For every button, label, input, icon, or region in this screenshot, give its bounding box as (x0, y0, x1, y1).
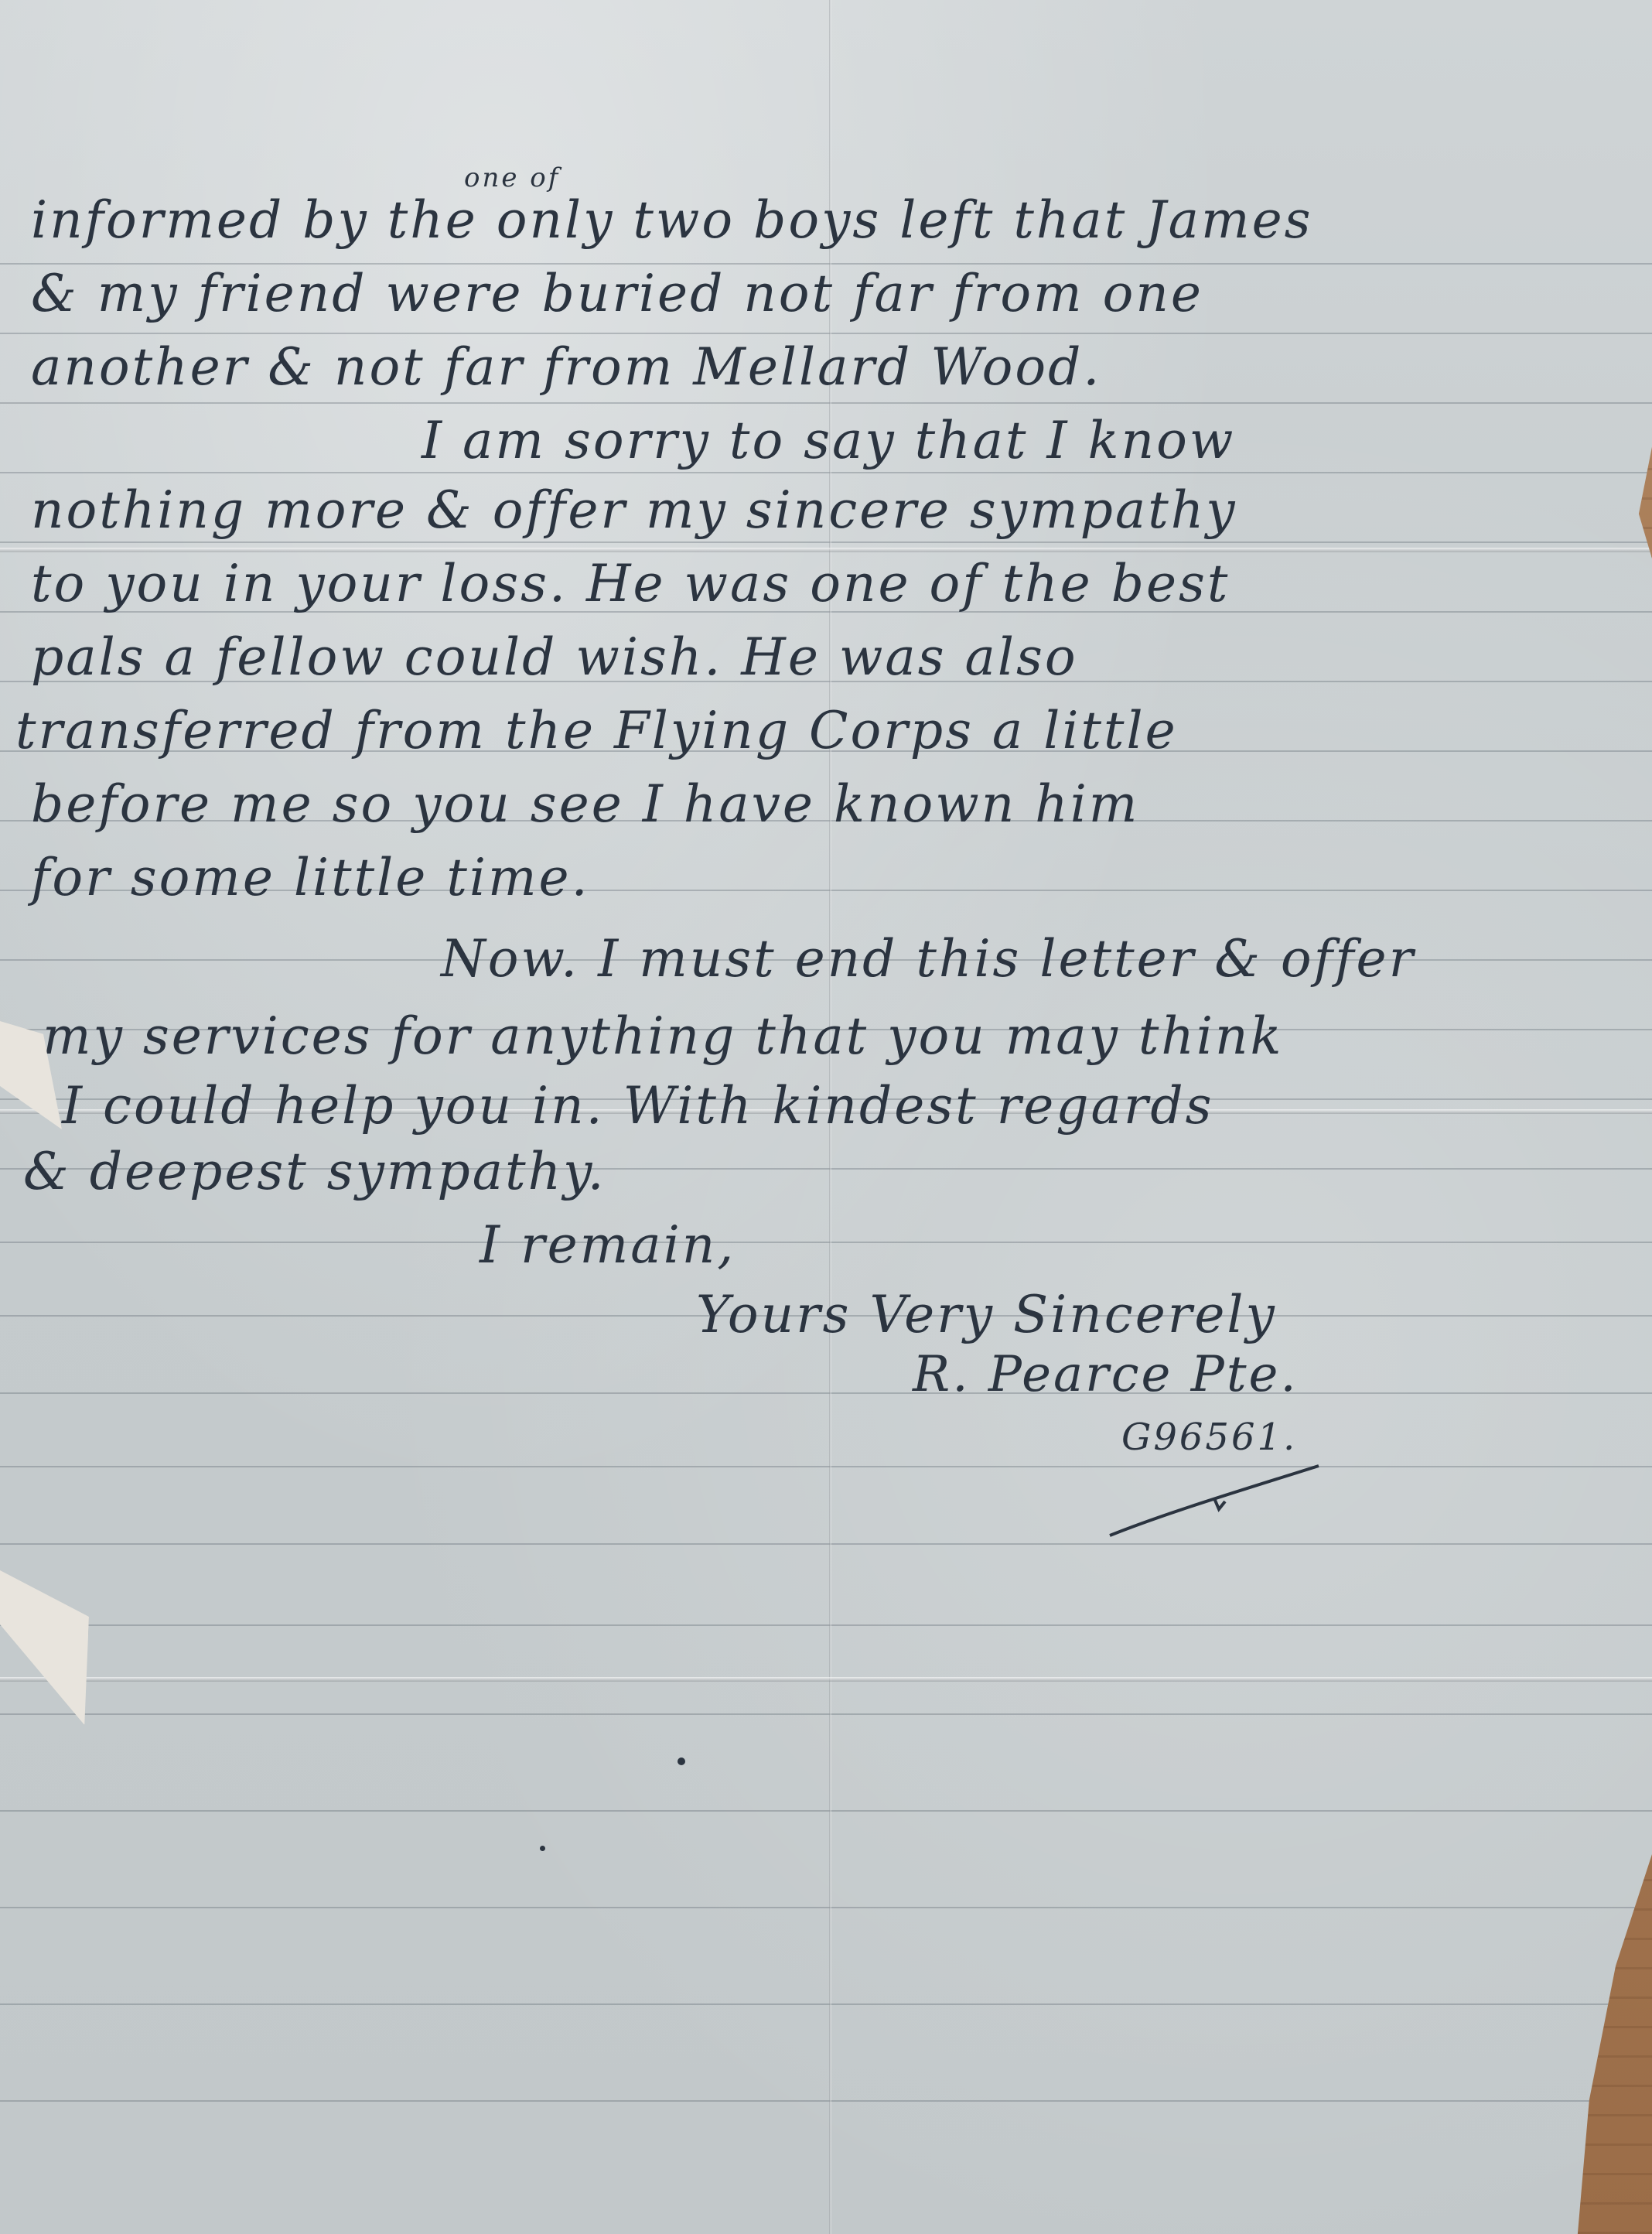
letter-line-10: for some little time. (31, 843, 590, 913)
letter-line-8: transferred from the Flying Corps a litt… (15, 696, 1178, 766)
ruled-line (0, 1713, 1652, 1715)
letter-line-12: my services for anything that you may th… (43, 1002, 1284, 1071)
signature: R. Pearce Pte. (913, 1346, 1299, 1403)
letter-line-3: another & not far from Mellard Wood. (31, 333, 1101, 402)
service-number: G96561. (1121, 1416, 1297, 1459)
ruled-line (0, 402, 1652, 404)
letter-line-5: nothing more & offer my sincere sympathy (31, 476, 1237, 545)
ruled-line (0, 2100, 1652, 2102)
ruled-line (0, 1810, 1652, 1812)
letter-line-1: informed by the only two boys left that … (31, 186, 1313, 255)
ruled-line (0, 1392, 1652, 1394)
ink-spot (678, 1757, 685, 1765)
letter-line-14: & deepest sympathy. (23, 1137, 606, 1207)
letter-line-9: before me so you see I have known him (31, 770, 1139, 839)
closing-yours-sincerely: Yours Very Sincerely (696, 1280, 1277, 1350)
ruled-line (0, 1242, 1652, 1243)
letter-line-7: pals a fellow could wish. He was also (31, 623, 1078, 692)
ink-spot (540, 1846, 545, 1851)
ruled-line (0, 1543, 1652, 1545)
ruled-line (0, 1466, 1652, 1467)
letter-line-2: & my friend were buried not far from one (31, 259, 1203, 329)
letter-line-13: I could help you in. With kindest regard… (62, 1071, 1214, 1141)
letter-line-6: to you in your loss. He was one of the b… (31, 549, 1230, 619)
horizontal-fold-crease (0, 1677, 1652, 1682)
ruled-line (0, 1624, 1652, 1626)
ruled-line (0, 1907, 1652, 1908)
letter-line-4: I am sorry to say that I know (422, 406, 1235, 476)
signature-underline-flourish-icon (1106, 1458, 1323, 1543)
letter-line-11: Now. I must end this letter & offer (441, 924, 1415, 994)
closing-remain: I remain, (480, 1211, 736, 1280)
ruled-line (0, 2003, 1652, 2005)
letter-page: one of informed by the only two boys lef… (0, 0, 1652, 2234)
